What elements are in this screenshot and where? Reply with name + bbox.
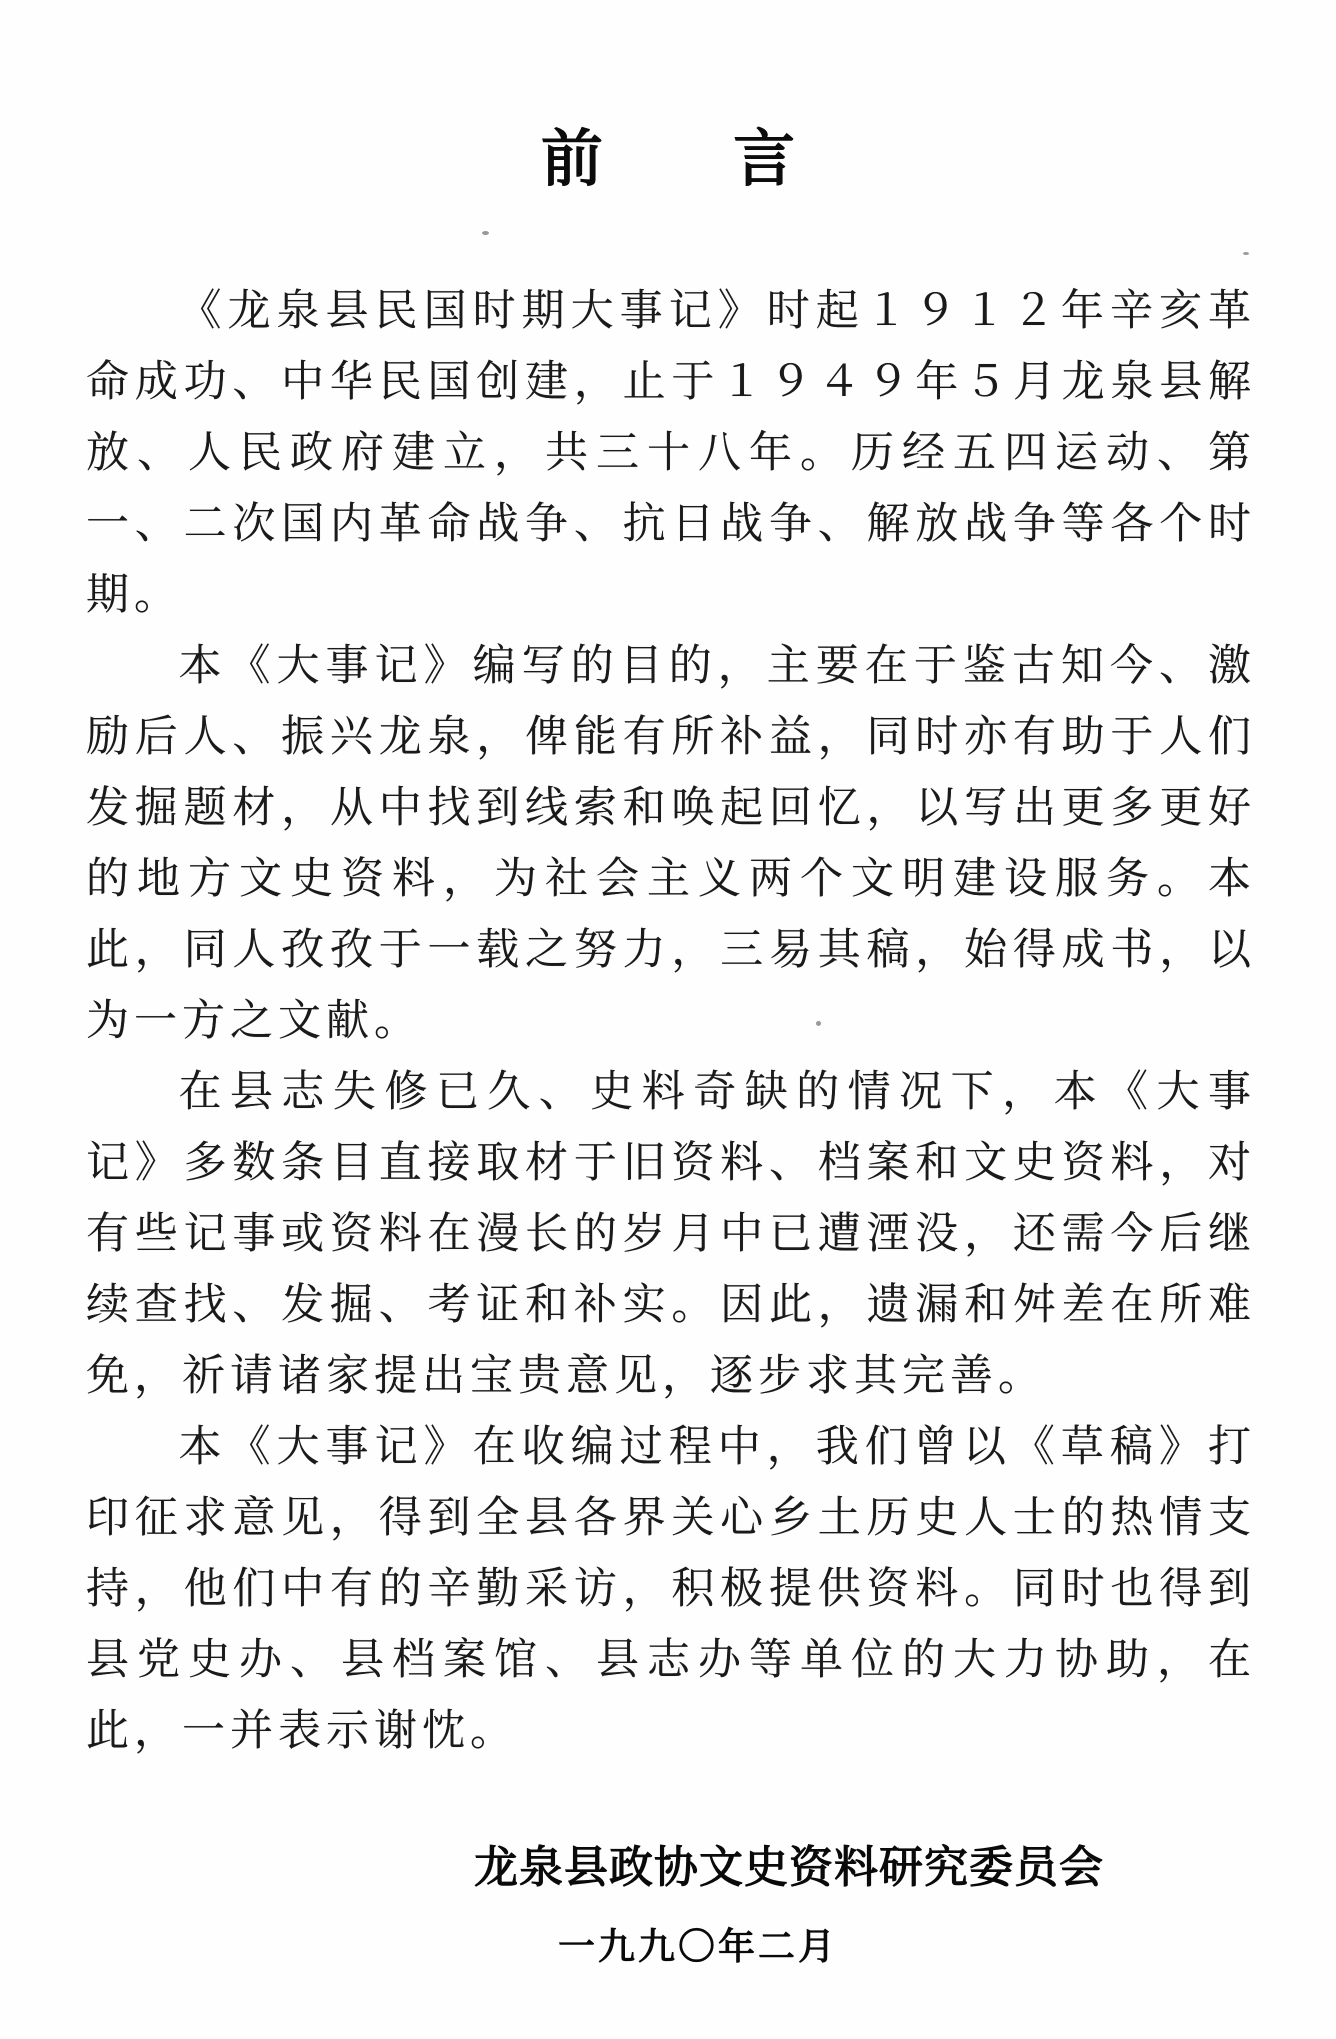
document-page: 前言 《龙泉县民国时期大事记》时起１９１２年辛亥革命成功、中华民国创建，止于１９… bbox=[0, 0, 1336, 2039]
scan-speck bbox=[482, 231, 489, 235]
signature-block: 龙泉县政协文史资料研究委员会 一九九〇年二月 bbox=[0, 1839, 1336, 1970]
preface-paragraph-1: 《龙泉县民国时期大事记》时起１９１２年辛亥革命成功、中华民国创建，止于１９４９年… bbox=[86, 276, 1256, 631]
preface-paragraph-4: 本《大事记》在收编过程中，我们曾以《草稿》打印征求意见，得到全县各界关心乡土历史… bbox=[86, 1412, 1256, 1767]
scan-speck bbox=[1243, 252, 1249, 255]
author-signature: 龙泉县政协文史资料研究委员会 bbox=[0, 1839, 1336, 1896]
preface-paragraph-2: 本《大事记》编写的目的，主要在于鉴古知今、激励后人、振兴龙泉，俾能有所补益，同时… bbox=[86, 631, 1256, 1057]
page-title-text: 前言 bbox=[411, 122, 926, 195]
preface-body: 《龙泉县民国时期大事记》时起１９１２年辛亥革命成功、中华民国创建，止于１９４９年… bbox=[0, 276, 1336, 1767]
scan-speck bbox=[816, 1021, 821, 1026]
page-title: 前言 bbox=[0, 128, 1336, 190]
publication-date: 一九九〇年二月 bbox=[0, 1922, 1336, 1970]
preface-paragraph-3: 在县志失修已久、史料奇缺的情况下，本《大事记》多数条目直接取材于旧资料、档案和文… bbox=[86, 1057, 1256, 1412]
